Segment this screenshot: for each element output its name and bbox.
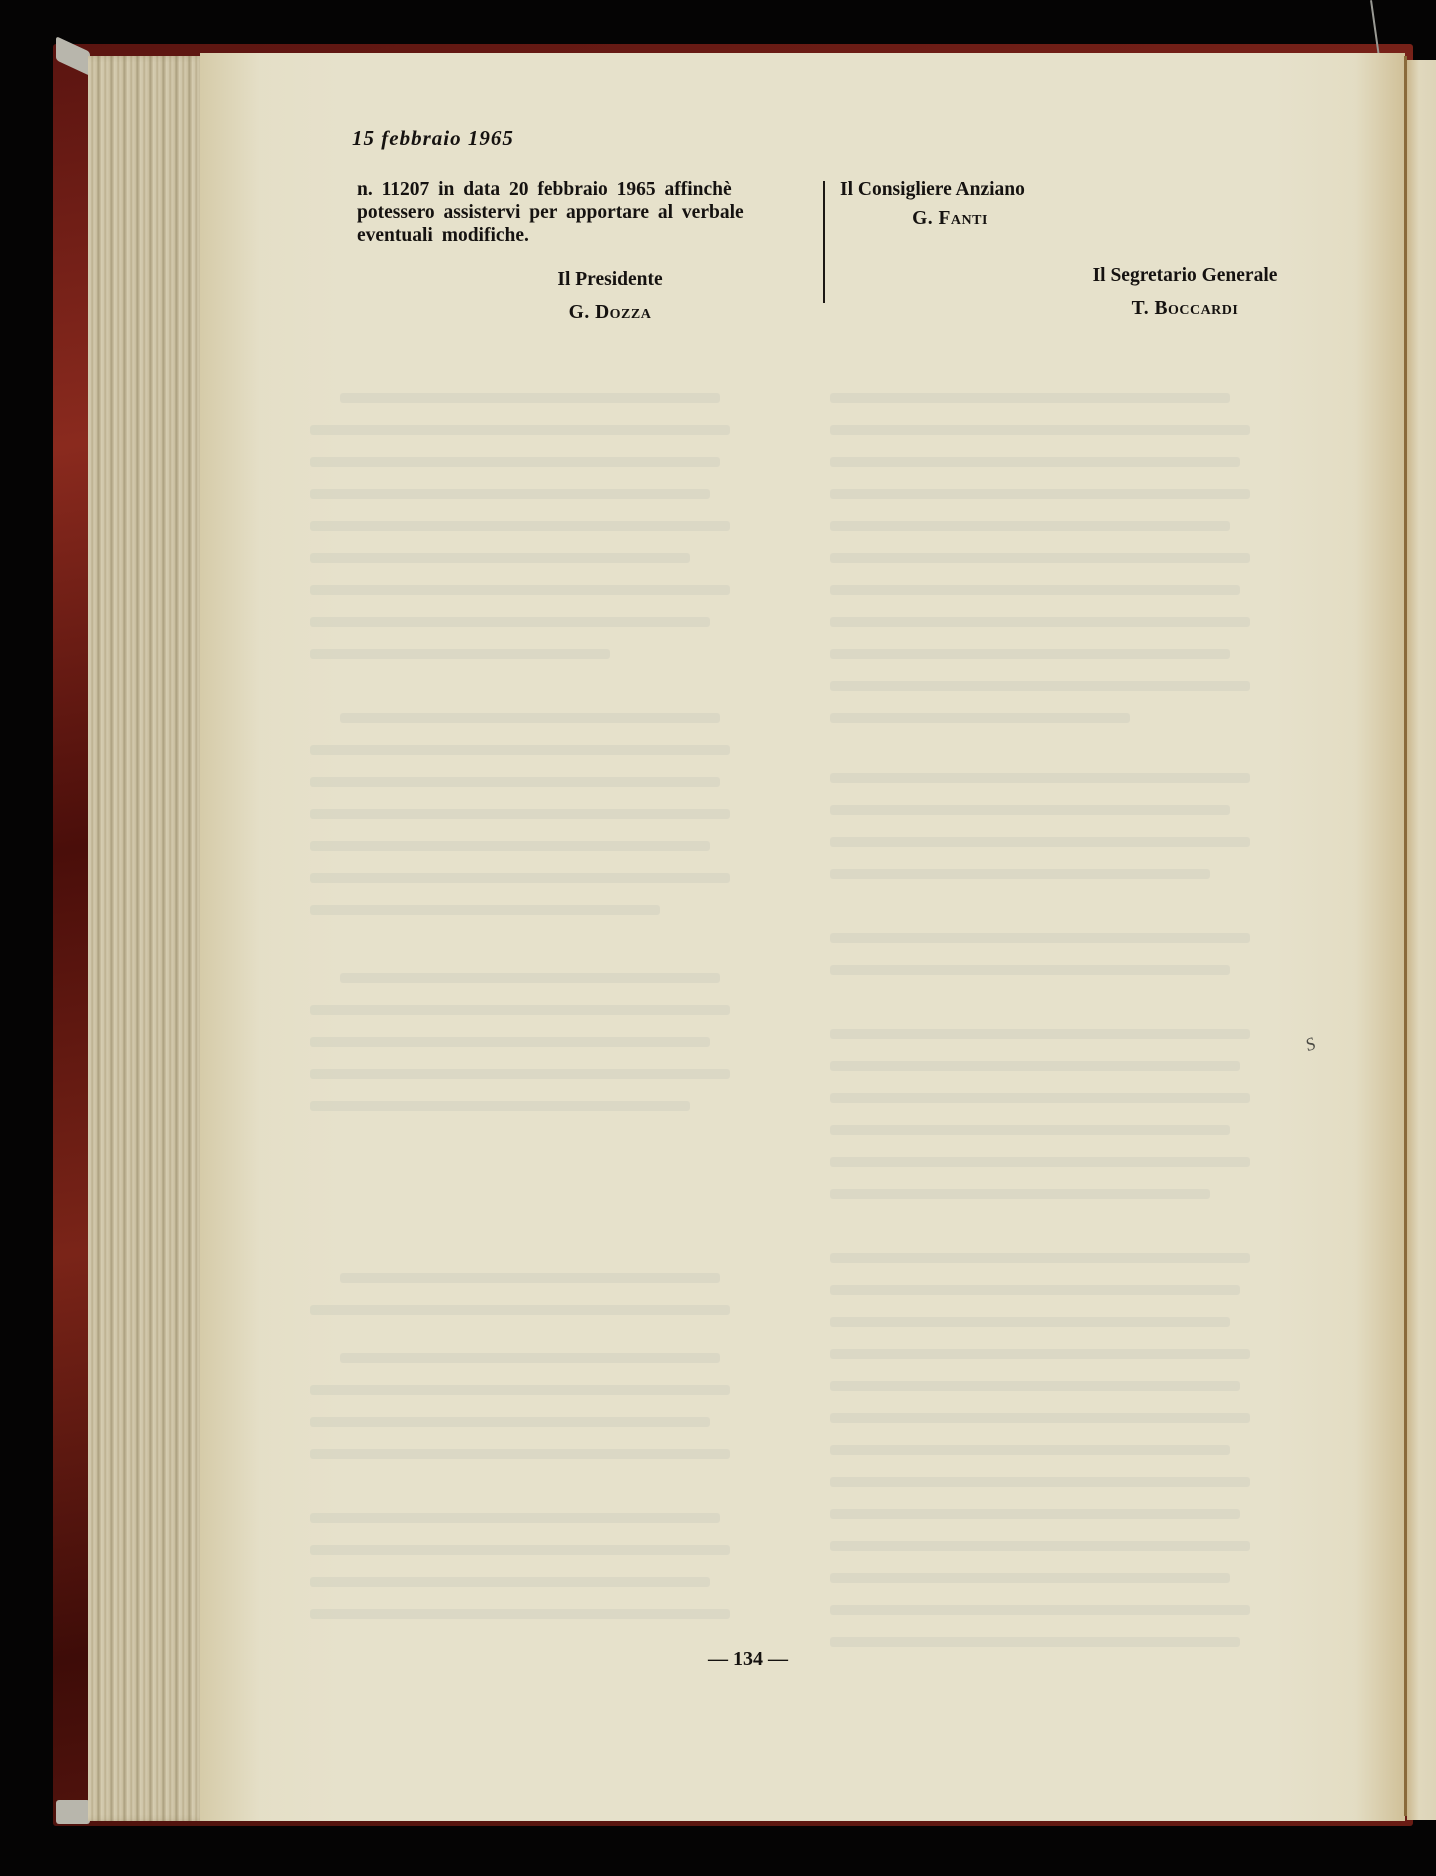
closing-paragraph: n. 11207 in data 20 febbraio 1965 affinc… bbox=[357, 178, 809, 247]
page-number: — 134 — bbox=[0, 1648, 1436, 1671]
paragraph-line: eventuali modifiche. bbox=[357, 224, 809, 247]
signature-president: Il Presidente G. Dozza bbox=[460, 268, 760, 324]
paragraph-line: potessero assistervi per apportare al ve… bbox=[357, 201, 809, 224]
page-header-date: 15 febbraio 1965 bbox=[352, 126, 514, 151]
signature-name: G. Dozza bbox=[460, 302, 760, 324]
facing-page-edge bbox=[1407, 60, 1436, 1820]
signature-secretary-general: Il Segretario Generale T. Boccardi bbox=[1070, 264, 1300, 320]
column-divider bbox=[823, 181, 825, 303]
paragraph-line: n. 11207 in data 20 febbraio 1965 affinc… bbox=[357, 178, 809, 201]
signature-senior-councillor: Il Consigliere Anziano G. Fanti bbox=[840, 178, 1060, 230]
cover-corner-bottom bbox=[56, 1800, 90, 1824]
signature-title: Il Consigliere Anziano bbox=[840, 178, 1060, 202]
signature-title: Il Segretario Generale bbox=[1070, 264, 1300, 288]
signature-name: G. Fanti bbox=[840, 208, 1060, 230]
page-stack-edges bbox=[88, 56, 206, 1821]
signature-name: T. Boccardi bbox=[1070, 298, 1300, 320]
signature-title: Il Presidente bbox=[460, 268, 760, 292]
